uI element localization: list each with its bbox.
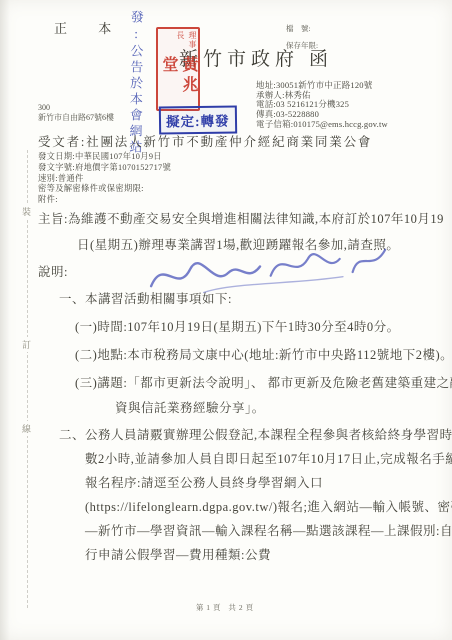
sub-item-3-text: 講題:「都市更新法令說明」、 都市更新及危險老舊建築重建之融資與信託業務經驗分享… [97,376,452,415]
attachment-line: 附件: [38,195,171,206]
subject-label: 主旨: [38,212,68,226]
item2-text: 公務人員請覈實辦理公假登記,本課程全程參與者核給終身學習時數2小時,並請參加人員… [85,428,452,562]
recipient-line: 受文者:社團法人新竹市不動產仲介經紀商業同業公會 [38,132,372,150]
explanation-item-1: 一、本講習活動相關事項如下: [59,287,452,312]
explanation-item-2: 二、公務人員請覈實辦理公假登記,本課程全程參與者核給終身學習時數2小時,並請參加… [59,423,452,567]
binding-mark-ding: 訂 [20,337,33,352]
page-footer: 第1頁 共2頁 [0,602,452,613]
mailing-address-block: 300 新竹市自由路67號6樓 [38,103,114,123]
contact-block: 地址:30051新竹市中正路120號 承辦人:林秀佑 電話:03 5216121… [256,81,388,130]
document-meta-block: 發文日期:中華民國107年10月9日 發文字號:府地價字第1070152717號… [38,152,171,206]
sub-item-topic: (三)講題:「都市更新法令說明」、 都市更新及危險老舊建築重建之融資與信託業務經… [75,371,452,421]
sub-item-location: (二)地點:本市稅務局文康中心(地址:新竹市中央路112號地下2樓)。 [75,343,452,368]
stamp-title: 理事長 [158,31,198,55]
document-body: 主旨:為維護不動產交易安全與增進相關法律知識,本府訂於107年10月19日(星期… [38,206,442,567]
sub-item-time: (一)時間:107年10月19日(星期五)下午1時30分至4時0分。 [75,315,452,340]
handwritten-routing-note: 發:公告於本會網站 [125,10,146,175]
binding-mark-zhuang: 裝 [20,204,33,219]
scanned-official-letter: 裝 訂 線 正 本 發:公告於本會網站 理事長 黃兆堂 新竹市政府函 檔 號: … [0,0,452,640]
item1-label: 一、 [59,292,85,306]
document-title: 新竹市政府函 [179,44,328,71]
issue-date-line: 發文日期:中華民國107年10月9日 [38,152,171,163]
classification-line: 密等及解密條件或保密期限: [38,184,171,195]
doc-type-label: 函 [309,49,328,70]
priority-line: 速別:普通件 [38,174,171,185]
email-line: 電子信箱:010175@ems.hccg.gov.tw [256,120,388,130]
binding-mark-xian: 線 [20,421,33,436]
stamp-name: 黃兆堂 [158,56,198,109]
subject-paragraph: 主旨:為維護不動產交易安全與增進相關法律知識,本府訂於107年10月19日(星期… [38,206,447,258]
sub-item-2-text: 地點:本市稅務局文康中心(地址:新竹市中央路112號地下2樓)。 [97,348,452,362]
sub-item-1-label: (一) [75,320,97,334]
sub-item-1-text: 時間:107年10月19日(星期五)下午1時30分至4時0分。 [97,320,399,334]
explanation-heading: 說明: [38,259,442,285]
sub-item-2-label: (二) [75,348,97,362]
file-number-label: 檔 號: [286,20,318,37]
item1-text: 本講習活動相關事項如下: [85,292,232,306]
chairman-name-stamp: 理事長 黃兆堂 [156,27,200,111]
scan-edge-shadow [0,0,10,640]
mailing-address: 新竹市自由路67號6樓 [38,113,114,123]
subject-text: 為維護不動產交易安全與增進相關法律知識,本府訂於107年10月19日(星期五)辦… [68,212,444,252]
mailing-zip: 300 [38,103,114,113]
action-decision-stamp: 擬定:轉發 [159,105,237,134]
sub-item-3-label: (三) [75,376,97,390]
item2-label: 二、 [59,428,85,442]
copy-type-label: 正 本 [54,18,125,37]
doc-number-line: 發文字號:府地價字第1070152717號 [38,163,171,174]
